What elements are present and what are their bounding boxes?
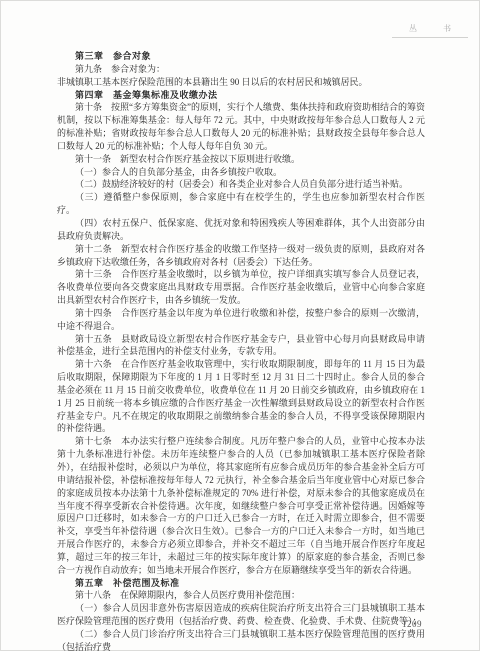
body-paragraph: 非城镇职工基本医疗保险范围的本县籍出生 90 日以后的农村居民和城镇居民。 [57,76,425,89]
chapter-heading: 第四章 基金筹集标准及收缴办法 [57,89,425,102]
body-paragraph: （二）鼓励经济较好的村（居委会）和各类企业对参合人员自负部分进行适当补贴。 [57,178,425,191]
chapter-heading: 第五章 补偿范围及标准 [57,577,425,590]
body-paragraph: （一）参合人员因非意外伤害原因造成的疾病住院治疗所支出符合三门县城镇职工基本医疗… [57,602,425,628]
body-paragraph: 第十条 按照“多方筹集资金”的原则，实行个人缴费、集体扶持和政府资助相结合的筹资… [57,101,425,152]
page-number: 1209 [402,619,422,629]
document-body: 第三章 参合对象第九条 参合对象为：非城镇职工基本医疗保险范围的本县籍出生 90… [57,50,425,651]
document-page: 丛 书 第三章 参合对象第九条 参合对象为：非城镇职工基本医疗保险范围的本县籍出… [0,0,480,651]
body-paragraph: 第十六条 在合作医疗基金收取管理中，实行收取期限制度，即每年的 11 月 15 … [57,358,425,435]
body-paragraph: 第九条 参合对象为： [57,63,425,76]
body-paragraph: 第十五条 县财政局设立新型农村合作医疗基金专户，县业管中心每月向县财政局申请补偿… [57,333,425,359]
body-paragraph: 第十二条 新型农村合作医疗基金的收缴工作坚持一级对一级负责的原则，县政府对各乡镇… [57,243,425,269]
body-paragraph: （四）农村五保户、低保家庭、优抚对象和特困残疾人等困难群体，其个人出资部分由县政… [57,217,425,243]
body-paragraph: 第十一条 新型农村合作医疗基金按以下原则进行收缴。 [57,153,425,166]
chapter-heading: 第三章 参合对象 [57,50,425,63]
body-paragraph: 第十三条 合作医疗基金收缴时，以乡镇为单位，按户详细真实填写参合人员登记表，各收… [57,268,425,307]
body-paragraph: （三）遵循整户参保原则，参合家庭中有在校学生的，学生也应参加新型农村合作医疗。 [57,191,425,217]
body-paragraph: 第十四条 合作医疗基金以年度为单位进行收缴和补偿，按整户参合的原则一次缴清，中途… [57,307,425,333]
body-paragraph: （二）参合人员门诊治疗所支出符合三门县城镇职工基本医疗保险管理范围的医疗费用（包… [57,628,425,651]
body-paragraph: 第十八条 在保障期限内，参合人员医疗费用补偿范围： [57,589,425,602]
running-header: 丛 书 [392,24,468,38]
body-paragraph: 第十七条 本办法实行整户连续参合制度。凡历年整户参合的人员，业管中心按本办法第十… [57,435,425,576]
body-paragraph: （一）参合人的自负部分基金，由各乡镇按户收取。 [57,166,425,179]
